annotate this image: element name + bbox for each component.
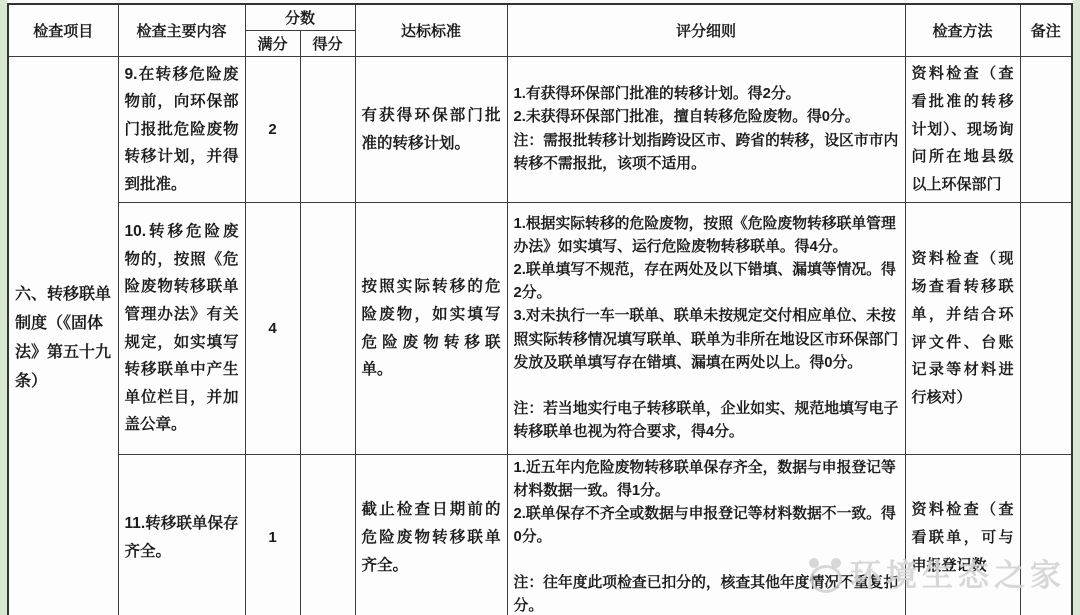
actual-score-cell	[300, 57, 355, 203]
inspection-table: 检查项目 检查主要内容 分数 达标标准 评分细则 检查方法 备注 满分 得分 六…	[7, 3, 1073, 615]
standard-cell: 按照实际转移的危险废物，如实填写危险废物转移联单。	[355, 203, 507, 455]
full-score-cell: 1	[245, 455, 300, 615]
header-full-score: 满分	[245, 31, 300, 57]
scoring-rules-cell: 1.近五年内危险废物转移联单保存齐全，数据与申报登记等材料数据一致。得1分。 2…	[507, 455, 905, 615]
remark-cell	[1020, 455, 1072, 615]
main-content-cell: 11.转移联单保存齐全。	[118, 455, 245, 615]
category-cell: 六、转移联单制度（《固体法》第五十九条）	[8, 57, 118, 615]
table-row-item-9: 六、转移联单制度（《固体法》第五十九条） 9.在转移危险废物前，向环保部门报批危…	[8, 57, 1072, 203]
header-scoring-rules: 评分细则	[507, 4, 905, 57]
remark-cell	[1020, 57, 1072, 203]
header-score-group: 分数	[245, 4, 355, 31]
actual-score-cell	[300, 203, 355, 455]
header-main-content: 检查主要内容	[118, 4, 245, 57]
method-cell: 资料检查（现场查看转移联单，并结合环评文件、台账记录等材料进行核对）	[905, 203, 1020, 455]
scoring-rules-cell: 1.根据实际转移的危险废物，按照《危险废物转移联单管理办法》如实填写、运行危险废…	[507, 203, 905, 455]
header-actual-score: 得分	[300, 31, 355, 57]
standard-cell: 截止检查日期前的危险废物转移联单齐全。	[355, 455, 507, 615]
header-inspection-item: 检查项目	[8, 4, 118, 57]
scoring-rules-cell: 1.有获得环保部门批准的转移计划。得2分。 2.未获得环保部门批准，擅自转移危险…	[507, 57, 905, 203]
method-cell: 资料检查（查看批准的转移计划）、现场询问所在地县级以上环保部门	[905, 57, 1020, 203]
header-method: 检查方法	[905, 4, 1020, 57]
full-score-cell: 2	[245, 57, 300, 203]
remark-cell	[1020, 203, 1072, 455]
document-panel: 检查项目 检查主要内容 分数 达标标准 评分细则 检查方法 备注 满分 得分 六…	[7, 0, 1073, 606]
header-row-1: 检查项目 检查主要内容 分数 达标标准 评分细则 检查方法 备注	[8, 4, 1072, 31]
standard-cell: 有获得环保部门批准的转移计划。	[355, 57, 507, 203]
main-content-cell: 9.在转移危险废物前，向环保部门报批危险废物转移计划，并得到批准。	[118, 57, 245, 203]
full-score-cell: 4	[245, 203, 300, 455]
actual-score-cell	[300, 455, 355, 615]
header-remark: 备注	[1020, 4, 1072, 57]
table-row-item-10: 10.转移危险废物的，按照《危险废物转移联单管理办法》有关规定，如实填写转移联单…	[8, 203, 1072, 455]
header-standard: 达标标准	[355, 4, 507, 57]
method-cell: 资料检查（查看联单，可与申报登记数	[905, 455, 1020, 615]
table-row-item-11: 11.转移联单保存齐全。 1 截止检查日期前的危险废物转移联单齐全。 1.近五年…	[8, 455, 1072, 615]
main-content-cell: 10.转移危险废物的，按照《危险废物转移联单管理办法》有关规定，如实填写转移联单…	[118, 203, 245, 455]
page: { "colors": { "page_background": "#d7e9d…	[0, 0, 1080, 615]
